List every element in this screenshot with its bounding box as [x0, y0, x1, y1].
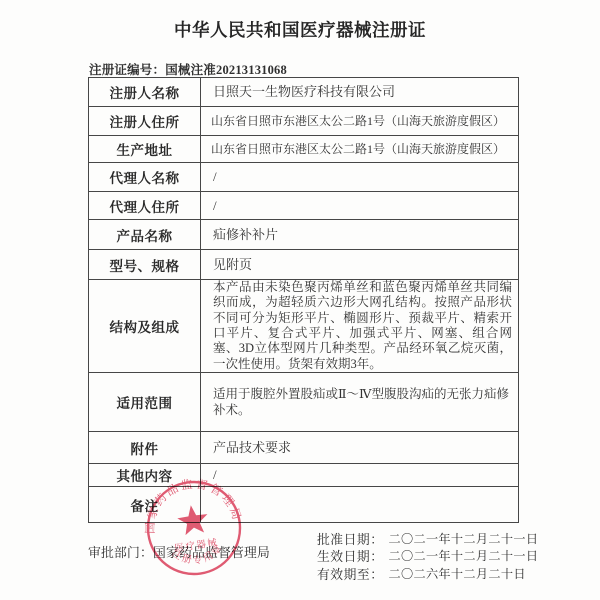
certificate-title: 中华人民共和国医疗器械注册证 — [0, 17, 600, 42]
approval-date-value: 二〇二一年十二月二十一日 — [388, 530, 538, 547]
expiry-date-line: 有效期至： 二〇二六年十二月二十日 — [317, 565, 538, 582]
expiry-date-value: 二〇二六年十二月二十日 — [388, 565, 525, 582]
row-label: 注册人住所 — [89, 107, 201, 135]
registration-number-value: 国械注准20213131068 — [165, 63, 287, 77]
row-value: 本产品由未染色聚丙烯单丝和蓝色聚丙烯单丝共同编织而成，为超轻质六边形大网孔结构。… — [201, 280, 518, 372]
row-label: 其他内容 — [89, 464, 201, 486]
row-value: / — [201, 192, 518, 219]
row-remarks: 备注 — [89, 487, 518, 522]
row-value: 山东省日照市东港区太公二路1号（山海天旅游度假区） — [201, 136, 518, 162]
row-label: 备注 — [89, 487, 201, 522]
effective-date-value: 二〇二一年十二月二十一日 — [388, 547, 538, 564]
row-product-name: 产品名称 疝修补补片 — [89, 220, 518, 250]
row-structure-composition: 结构及组成 本产品由未染色聚丙烯单丝和蓝色聚丙烯单丝共同编织而成，为超轻质六边形… — [89, 280, 518, 373]
effective-date-line: 生效日期： 二〇二一年十二月二十一日 — [317, 547, 538, 564]
row-label: 注册人名称 — [89, 78, 201, 106]
certificate-page: 中华人民共和国医疗器械注册证 注册证编号：国械注准20213131068 注册人… — [0, 0, 600, 600]
row-label: 代理人名称 — [89, 163, 201, 191]
approval-department-label: 审批部门： — [88, 546, 153, 560]
row-value: / — [201, 464, 518, 486]
approval-department-value: 国家药品监督管理局 — [153, 546, 270, 560]
row-value: 适用于腹腔外置股疝或Ⅱ～Ⅳ型腹股沟疝的无张力疝修补术。 — [201, 373, 518, 431]
row-value: 产品技术要求 — [201, 432, 518, 463]
row-value: / — [201, 163, 518, 191]
row-registrant-name: 注册人名称 日照天一生物医疗科技有限公司 — [89, 78, 518, 107]
row-label: 附件 — [89, 432, 201, 463]
approval-date-label: 批准日期： — [317, 529, 383, 548]
expiry-date-label: 有效期至： — [317, 564, 383, 583]
row-value — [201, 487, 518, 522]
row-label: 结构及组成 — [89, 280, 201, 372]
registration-number-line: 注册证编号：国械注准20213131068 — [89, 60, 287, 78]
approval-department-line: 审批部门：国家药品监督管理局 — [88, 542, 270, 561]
row-production-address: 生产地址 山东省日照市东港区太公二路1号（山海天旅游度假区） — [89, 136, 518, 163]
row-value: 日照天一生物医疗科技有限公司 — [201, 78, 518, 106]
row-label: 代理人住所 — [89, 192, 201, 219]
row-value: 山东省日照市东港区太公二路1号（山海天旅游度假区） — [201, 107, 518, 135]
row-model-spec: 型号、规格 见附页 — [89, 250, 518, 280]
row-value: 疝修补补片 — [201, 220, 518, 249]
row-attachment: 附件 产品技术要求 — [89, 432, 518, 464]
row-label: 生产地址 — [89, 136, 201, 162]
row-label: 适用范围 — [89, 373, 201, 431]
row-intended-use: 适用范围 适用于腹腔外置股疝或Ⅱ～Ⅳ型腹股沟疝的无张力疝修补术。 — [89, 373, 518, 432]
row-label: 产品名称 — [89, 220, 201, 249]
row-label: 型号、规格 — [89, 250, 201, 279]
row-agent-name: 代理人名称 / — [89, 163, 518, 192]
row-agent-address: 代理人住所 / — [89, 192, 518, 220]
registration-number-label: 注册证编号： — [89, 63, 165, 77]
row-value: 见附页 — [201, 250, 518, 279]
dates-block: 批准日期： 二〇二一年十二月二十一日 生效日期： 二〇二一年十二月二十一日 有效… — [317, 530, 538, 582]
row-other-content: 其他内容 / — [89, 464, 518, 487]
effective-date-label: 生效日期： — [317, 546, 383, 565]
row-registrant-address: 注册人住所 山东省日照市东港区太公二路1号（山海天旅游度假区） — [89, 107, 518, 136]
approval-date-line: 批准日期： 二〇二一年十二月二十一日 — [317, 530, 538, 547]
certificate-table: 注册人名称 日照天一生物医疗科技有限公司 注册人住所 山东省日照市东港区太公二路… — [88, 77, 519, 523]
